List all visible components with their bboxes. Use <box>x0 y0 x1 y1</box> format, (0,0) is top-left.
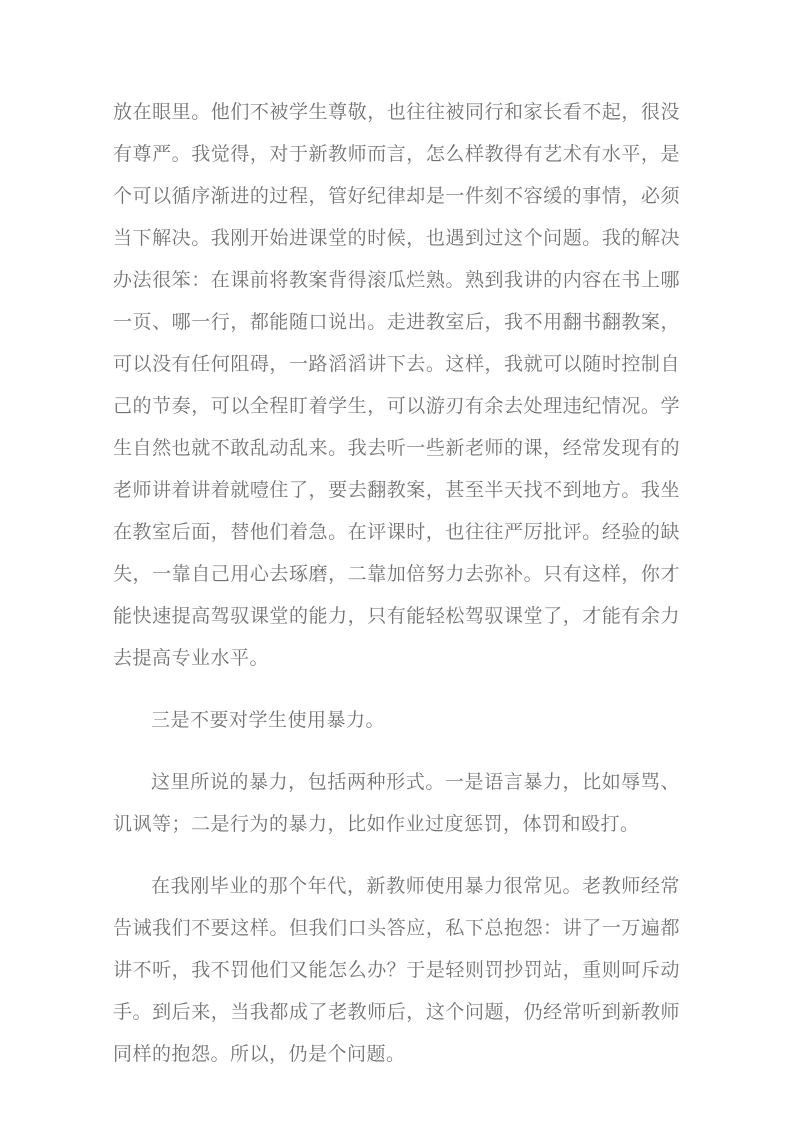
paragraph-continuation: 放在眼里。他们不被学生尊敬，也往往被同行和家长看不起，很没有尊严。我觉得，对于新… <box>113 92 680 680</box>
paragraph-violence-definition: 这里所说的暴力，包括两种形式。一是语言暴力，比如辱骂、讥讽等；二是行为的暴力，比… <box>113 762 680 846</box>
paragraph-graduation-era: 在我刚毕业的那个年代，新教师使用暴力很常见。老教师经常告诫我们不要这样。但我们口… <box>113 866 680 1076</box>
paragraph-heading-point-three: 三是不要对学生使用暴力。 <box>113 700 680 742</box>
document-page: 放在眼里。他们不被学生尊敬，也往往被同行和家长看不起，很没有尊严。我觉得，对于新… <box>0 0 793 1122</box>
document-content: 放在眼里。他们不被学生尊敬，也往往被同行和家长看不起，很没有尊严。我觉得，对于新… <box>113 92 680 1076</box>
